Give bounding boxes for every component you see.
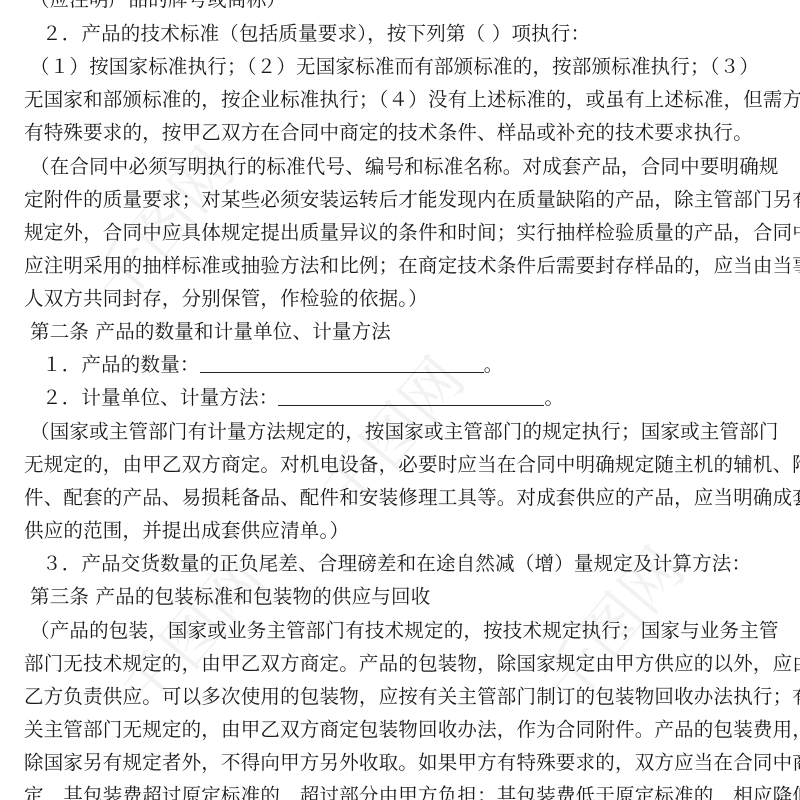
unit-label: ２．计量单位、计量方法：: [42, 386, 278, 409]
paragraph-line: （在合同中必须写明执行的标准代号、编号和标准名称。对成套产品，合同中要明确规: [30, 155, 779, 179]
paragraph-line: 第三条 产品的包装标准和包装物的供应与回收: [30, 585, 430, 609]
paragraph-line: （１）按国家标准执行；（２）无国家标准而有部颁标准的，按部颁标准执行；（３）: [30, 55, 759, 79]
paragraph-line: 供应的范围，并提出成套供应清单。）: [24, 519, 349, 543]
quantity-field-row: １．产品的数量：。: [42, 353, 503, 377]
paragraph-line: 件、配套的产品、易损耗备品、配件和安装修理工具等。对成套供应的产品，应当明确成套: [24, 486, 800, 510]
paragraph-line: ３．产品交货数量的正负尾差、合理磅差和在途自然减（增）量规定及计算方法：: [42, 552, 751, 576]
paragraph-line: （应注明产品的牌号或商标）: [30, 0, 286, 12]
contract-document-page: 千图网 千图网 千图网 千图网 （应注明产品的牌号或商标）２．产品的技术标准（包…: [0, 0, 800, 800]
paragraph-line: （国家或主管部门有计量方法规定的，按国家或主管部门的规定执行；国家或主管部门: [30, 420, 779, 444]
quantity-label: １．产品的数量：: [42, 353, 200, 376]
paragraph-line: 定，其包装费超过原定标准的，超过部分由甲方负担；其包装费低于原定标准的，相应降低: [24, 784, 800, 800]
paragraph-line: 无国家和部颁标准的，按企业标准执行；（４）没有上述标准的，或虽有上述标准，但需方: [24, 88, 800, 112]
paragraph-line: 无规定的，由甲乙双方商定。对机电设备，必要时应当在合同中明确规定随主机的辅机、附: [24, 453, 800, 477]
paragraph-line: ２．产品的技术标准（包括质量要求），按下列第（ ）项执行：: [42, 22, 590, 46]
paragraph-line: 第二条 产品的数量和计量单位、计量方法: [30, 320, 391, 344]
paragraph-line: 规定外，合同中应具体规定提出质量异议的条件和时间；实行抽样检验质量的产品，合同中: [24, 221, 800, 245]
paragraph-line: 应注明采用的抽样标准或抽验方法和比例；在商定技术条件后需要封存样品的，应当由当事: [24, 254, 800, 278]
paragraph-line: 人双方共同封存，分别保管，作检验的依据。）: [24, 287, 428, 311]
quantity-blank[interactable]: [200, 354, 484, 373]
paragraph-line: （产品的包装，国家或业务主管部门有技术规定的，按技术规定执行；国家与业务主管: [30, 619, 779, 643]
unit-suffix: 。: [544, 386, 564, 409]
paragraph-line: 定附件的质量要求；对某些必须安装运转后才能发现内在质量缺陷的产品，除主管部门另有: [24, 188, 800, 212]
paragraph-line: 乙方负责供应。可以多次使用的包装物，应按有关主管部门制订的包装物回收办法执行；有: [24, 685, 800, 709]
unit-blank[interactable]: [278, 387, 544, 406]
paragraph-line: 关主管部门无规定的，由甲乙双方商定包装物回收办法，作为合同附件。产品的包装费用，: [24, 718, 800, 742]
paragraph-line: 部门无技术规定的，由甲乙双方商定。产品的包装物，除国家规定由甲方供应的以外，应由: [24, 652, 800, 676]
quantity-suffix: 。: [484, 353, 504, 376]
unit-field-row: ２．计量单位、计量方法：。: [42, 386, 564, 410]
paragraph-line: 除国家另有规定者外，不得向甲方另外收取。如果甲方有特殊要求的，双方应当在合同中商: [24, 751, 800, 775]
paragraph-line: 有特殊要求的，按甲乙双方在合同中商定的技术条件、样品或补充的技术要求执行。: [24, 121, 753, 145]
